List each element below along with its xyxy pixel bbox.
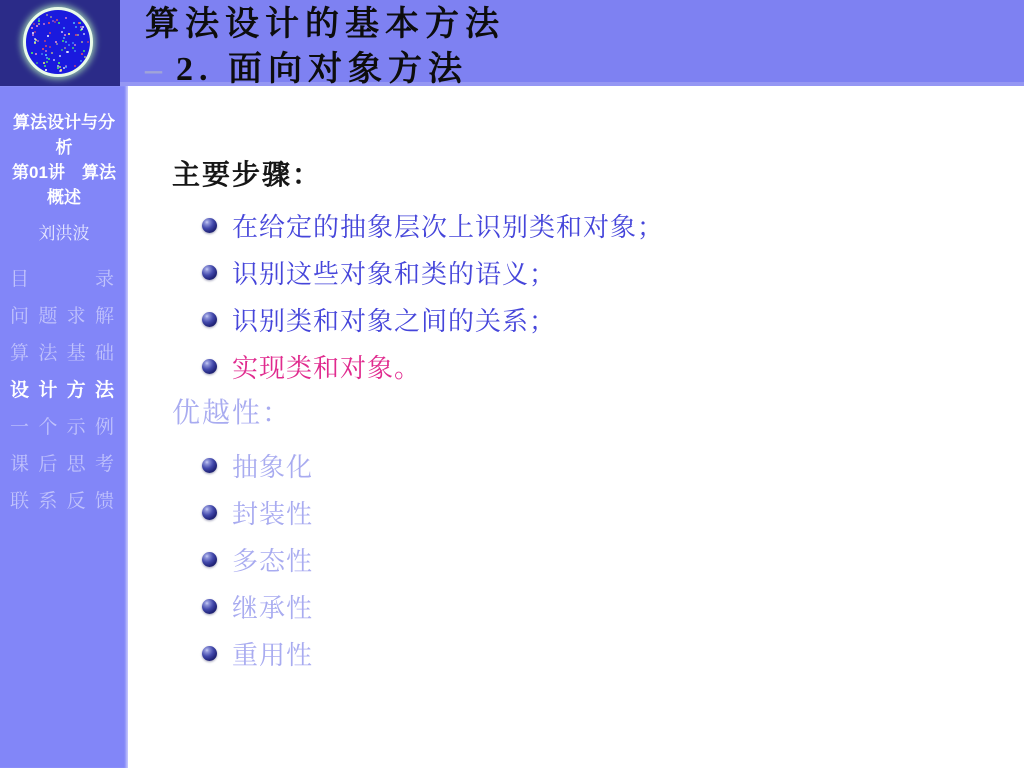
step-item: 识别类和对象之间的关系；	[128, 296, 1024, 343]
sphere-bullet-icon	[202, 458, 217, 473]
title-block: 算法设计的基本方法 –2. 面向对象方法	[145, 2, 505, 92]
sidebar-item-example[interactable]: 一个示例	[10, 418, 114, 438]
header-band: 算法设计的基本方法 –2. 面向对象方法	[0, 0, 1024, 86]
advantage-text: 封装性	[232, 494, 313, 531]
step-text: 实现类和对象。	[232, 348, 421, 385]
advantage-text: 多态性	[232, 541, 313, 578]
advantage-text: 重用性	[232, 635, 313, 672]
sphere-bullet-icon	[202, 646, 217, 661]
advantages-list: 抽象化 封装性 多态性 继承性 重用性	[128, 442, 1024, 677]
sphere-bullet-icon	[202, 359, 217, 374]
sidebar: 算法设计与分 析 第01讲 算法 概述 刘洪波 目 录 问题求解 算法基础 设计…	[0, 86, 128, 768]
sidebar-item-feedback[interactable]: 联系反馈	[10, 492, 114, 512]
logo-box	[0, 0, 120, 86]
sphere-bullet-icon	[202, 312, 217, 327]
slide-body: 主要步骤： 在给定的抽象层次上识别类和对象； 识别这些对象和类的语义； 识别类和…	[128, 86, 1024, 768]
step-item: 在给定的抽象层次上识别类和对象；	[128, 202, 1024, 249]
step-text: 识别这些对象和类的语义；	[232, 254, 556, 291]
course-title-line: 第01讲 算法	[0, 160, 128, 185]
steps-heading: 主要步骤：	[172, 156, 1024, 196]
sidebar-item-contents[interactable]: 目 录	[10, 270, 114, 290]
step-text: 识别类和对象之间的关系；	[232, 301, 556, 338]
sidebar-item-design-methods[interactable]: 设计方法	[10, 381, 114, 401]
step-item: 识别这些对象和类的语义；	[128, 249, 1024, 296]
advantages-heading: 优越性：	[172, 394, 1024, 434]
sidebar-item-review[interactable]: 课后思考	[10, 455, 114, 475]
sphere-bullet-icon	[202, 265, 217, 280]
sphere-bullet-icon	[202, 505, 217, 520]
subtitle-text: 2. 面向对象方法	[176, 51, 468, 88]
course-title-line: 概述	[0, 185, 128, 210]
author-name: 刘洪波	[0, 222, 128, 246]
presentation-slide: 算法设计的基本方法 –2. 面向对象方法 算法设计与分 析 第01讲 算法 概述…	[0, 0, 1024, 768]
sidebar-item-problem-solving[interactable]: 问题求解	[10, 307, 114, 327]
university-emblem-icon	[23, 7, 93, 77]
advantage-item: 封装性	[128, 489, 1024, 536]
advantage-item: 继承性	[128, 583, 1024, 630]
step-text: 在给定的抽象层次上识别类和对象；	[232, 207, 664, 244]
sidebar-menu: 目 录 问题求解 算法基础 设计方法 一个示例 课后思考 联系反馈	[0, 270, 128, 512]
course-title-line: 算法设计与分	[0, 110, 128, 135]
advantage-text: 抽象化	[232, 447, 313, 484]
sphere-bullet-icon	[202, 218, 217, 233]
sphere-bullet-icon	[202, 552, 217, 567]
advantage-text: 继承性	[232, 588, 313, 625]
sphere-bullet-icon	[202, 599, 217, 614]
subtitle-dash: –	[145, 51, 162, 88]
advantage-item: 抽象化	[128, 442, 1024, 489]
advantage-item: 多态性	[128, 536, 1024, 583]
steps-list: 在给定的抽象层次上识别类和对象； 识别这些对象和类的语义； 识别类和对象之间的关…	[128, 202, 1024, 390]
course-title-line: 析	[0, 135, 128, 160]
advantage-item: 重用性	[128, 630, 1024, 677]
course-title: 算法设计与分 析 第01讲 算法 概述	[0, 86, 128, 210]
sidebar-item-algorithm-basics[interactable]: 算法基础	[10, 344, 114, 364]
slide-title: 算法设计的基本方法	[145, 2, 505, 47]
step-item-emphasized: 实现类和对象。	[128, 343, 1024, 390]
